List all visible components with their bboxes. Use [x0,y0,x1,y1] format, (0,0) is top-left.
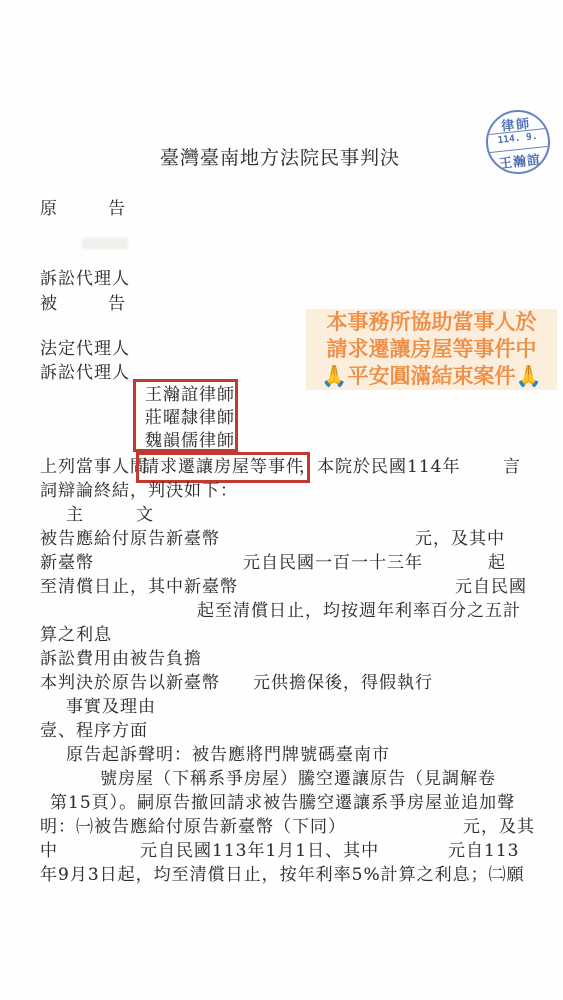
body-text-line: 元自民國113年1月1日、其中 [140,840,379,862]
annotation-line-with-pray-icons: 🙏平安圓滿結束案件🙏 [306,363,557,390]
body-text-line: ，本院於民國114年 [299,456,460,478]
body-text-line: 本判決於原告以新臺幣 [40,672,220,694]
body-text-line: 明：㈠被告應給付原告新臺幣（下同） [40,816,346,838]
party-label: 被 [40,293,58,315]
redacted-text-smudge [82,238,128,249]
body-text-line: 元，及其 [463,816,535,838]
body-text-line: 壹、程序方面 [40,720,148,742]
body-text-line: 元供擔保後，得假執行 [253,672,433,694]
body-text-line: 新臺幣 [40,552,94,574]
body-text-line: 算之利息 [40,624,112,646]
body-text-line: 事實及理由 [66,696,156,718]
body-text-line: 中 [40,840,58,862]
body-text-line: 號房屋（下稱系爭房屋）騰空遷讓原告（見調解卷 [100,768,496,790]
party-label: 告 [108,198,126,220]
body-text-line: 元，及其中 [415,528,505,550]
party-label: 訴訟代理人 [40,268,130,290]
body-text-line-highlighted: 請求遷讓房屋等事件 [136,452,310,483]
party-label: 原 [40,198,58,220]
body-text-line: 年9月3日起，均至清償日止，按年利率5%計算之利息；㈡願 [40,864,525,886]
body-text-line: 元自民國 [455,576,527,598]
lawyer-name: 魏韻儒律師 [145,430,235,452]
body-text-line: 原告起訴聲明：被告應將門牌號碼臺南市 [66,744,390,766]
body-text-line: 元自113 [448,840,519,862]
annotation-line: 請求遷讓房屋等事件中 [306,336,557,363]
party-label: 訴訟代理人 [40,362,130,384]
body-text-line: 元自民國一百一十三年 [243,552,423,574]
body-text-line: 詞辯論終結，判決如下： [40,480,238,502]
body-text-line: 主 [66,504,84,526]
body-text-line: 起 [488,552,506,574]
body-text-line: 被告應給付原告新臺幣 [40,528,220,550]
promo-annotation: 本事務所協助當事人於 請求遷讓房屋等事件中 🙏平安圓滿結束案件🙏 [306,309,557,390]
document-title: 臺灣臺南地方法院民事判決 [160,143,400,170]
court-judgment-page: 臺灣臺南地方法院民事判決 律師 114. 9. 王瀚誼 本事務所協助當事人於 請… [0,0,563,1000]
lawyer-name: 王瀚誼律師 [145,384,235,406]
party-label: 法定代理人 [40,338,130,360]
body-text-line: 第15頁）。嗣原告撤回請求被告騰空遷讓系爭房屋並追加聲 [50,792,515,814]
body-text-line: 起至清償日止，均按週年利率百分之五計 [197,600,521,622]
body-text-line: 上列當事人間 [40,456,148,478]
body-text-line: 至清償日止，其中新臺幣 [40,576,238,598]
lawyer-seal-stamp: 律師 114. 9. 王瀚誼 [483,107,553,177]
lawyer-name: 莊曜隸律師 [145,407,235,429]
body-text-line: 訴訟費用由被告負擔 [40,648,202,670]
annotation-line: 本事務所協助當事人於 [306,309,557,336]
body-text-line: 文 [136,504,154,526]
party-label: 告 [108,293,126,315]
body-text-line: 言 [503,456,521,478]
